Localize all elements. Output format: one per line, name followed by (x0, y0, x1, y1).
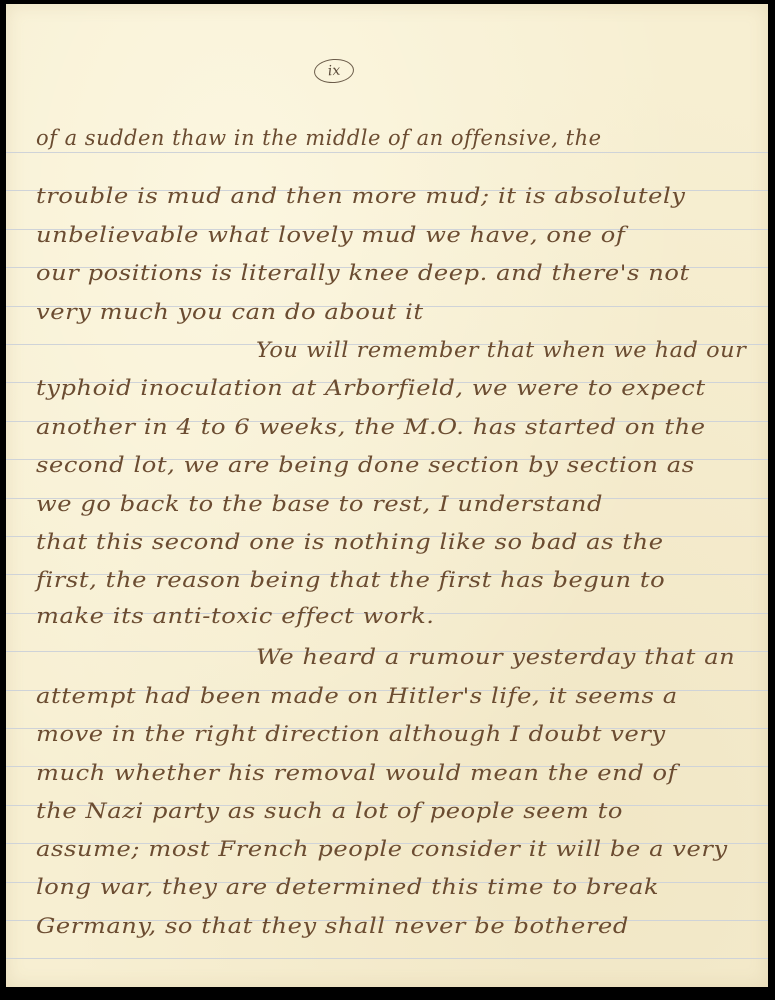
handwritten-line-7: typhoid inoculation at Arborfield, we we… (36, 376, 706, 400)
ruled-line (6, 958, 768, 959)
handwritten-line-12: first, the reason being that the first h… (36, 568, 665, 592)
handwritten-line-6: You will remember that when we had our (256, 338, 746, 362)
page-number-text: ix (327, 63, 340, 80)
handwritten-line-10: we go back to the base to rest, I unders… (36, 492, 603, 516)
ruled-line (6, 152, 768, 153)
handwritten-line-16: move in the right direction although I d… (36, 722, 666, 746)
handwritten-line-15: attempt had been made on Hitler's life, … (36, 684, 678, 708)
handwritten-line-20: long war, they are determined this time … (36, 875, 659, 899)
handwritten-line-18: the Nazi party as such a lot of people s… (36, 799, 623, 823)
handwritten-line-21: Germany, so that they shall never be bot… (36, 914, 629, 938)
handwritten-line-19: assume; most French people consider it w… (36, 837, 728, 861)
handwritten-line-4: our positions is literally knee deep. an… (36, 261, 690, 285)
letter-page: ix of a sudden thaw in the middle of an … (6, 4, 768, 987)
handwritten-line-14: We heard a rumour yesterday that an (256, 645, 735, 669)
handwritten-line-8: another in 4 to 6 weeks, the M.O. has st… (36, 415, 706, 439)
handwritten-line-13: make its anti-toxic effect work. (36, 604, 435, 628)
page-number-circled: ix (313, 58, 355, 85)
handwritten-line-5: very much you can do about it (36, 300, 424, 324)
handwritten-line-11: that this second one is nothing like so … (36, 530, 664, 554)
handwritten-line-9: second lot, we are being done section by… (36, 453, 695, 477)
handwritten-line-17: much whether his removal would mean the … (36, 761, 677, 785)
handwritten-line-2: trouble is mud and then more mud; it is … (36, 184, 686, 208)
handwritten-line-1: of a sudden thaw in the middle of an off… (36, 126, 736, 150)
handwritten-line-3: unbelievable what lovely mud we have, on… (36, 223, 625, 247)
